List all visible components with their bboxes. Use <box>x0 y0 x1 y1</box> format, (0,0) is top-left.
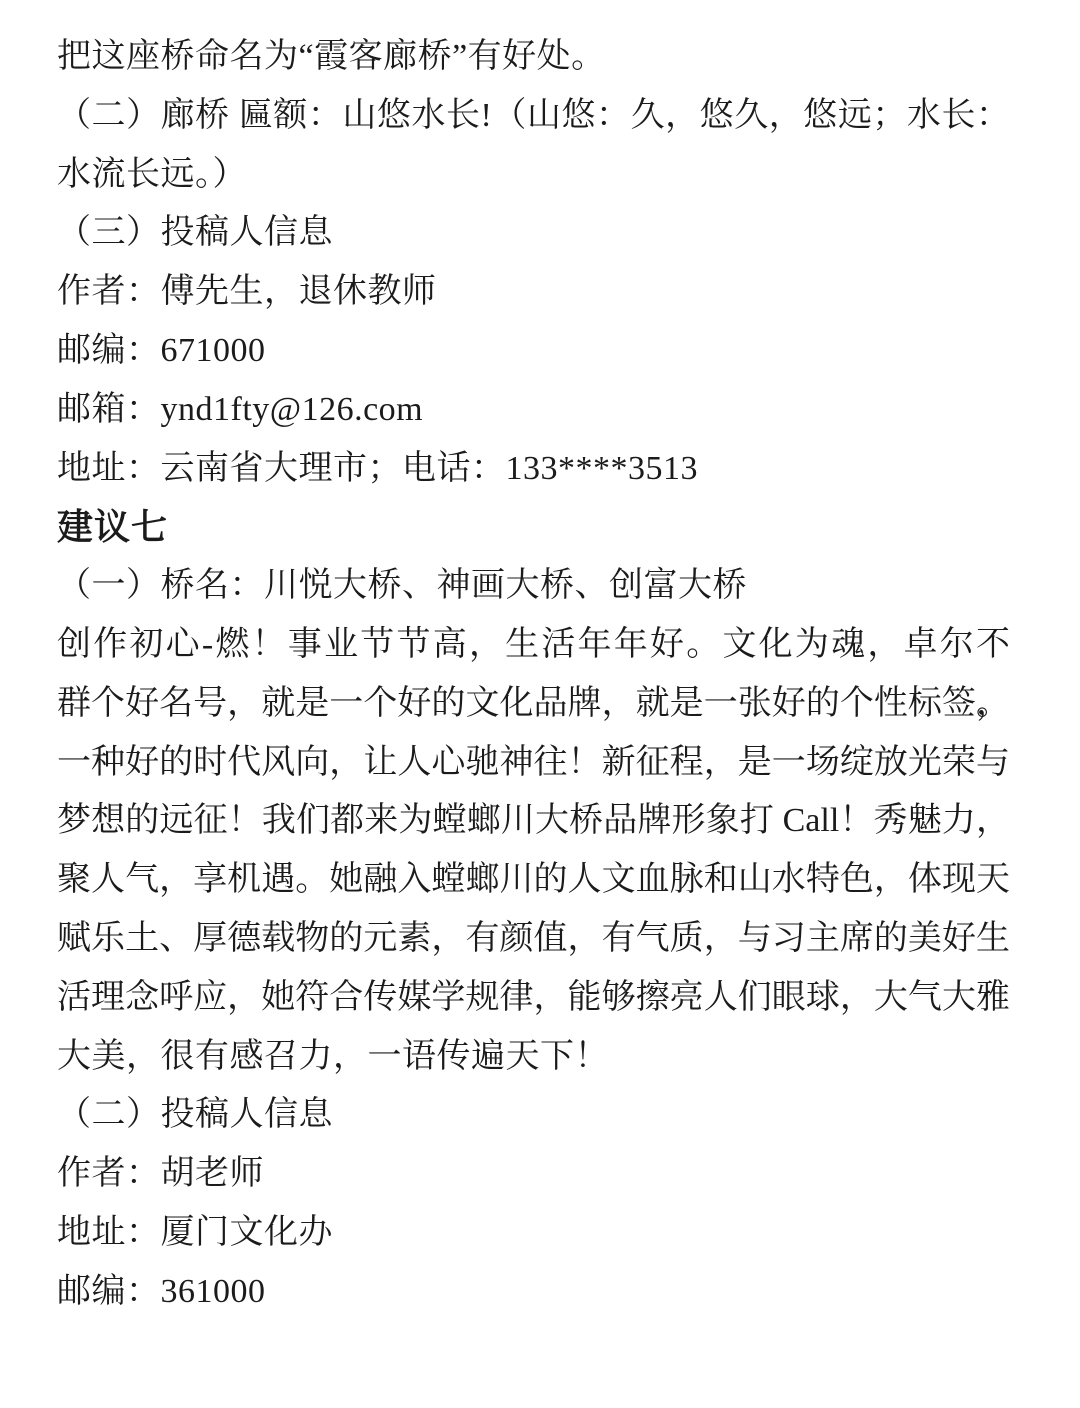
text-line: 聚人气，享机遇。她融入螳螂川的人文血脉和山水特色，体现天 <box>57 851 1010 910</box>
section-label: （三）投稿人信息 <box>57 204 1010 263</box>
text-line: 水流长远。） <box>57 146 1010 205</box>
section-heading: 建议七 <box>57 498 1010 557</box>
text-line: （二）廊桥 匾额：山悠水长!（山悠：久，悠久，悠远；水长： <box>57 87 1010 146</box>
text-line: 创作初心-燃！事业节节高，生活年年好。文化为魂，卓尔不群。 <box>57 616 1010 675</box>
text-line: 活理念呼应，她符合传媒学规律，能够擦亮人们眼球，大气大雅 <box>57 969 1010 1028</box>
text-line: 把这座桥命名为“霞客廊桥”有好处。 <box>57 28 1010 87</box>
section-label: （二）投稿人信息 <box>57 1086 1010 1145</box>
text-line: 梦想的远征！我们都来为螳螂川大桥品牌形象打 Call！秀魅力， <box>57 792 1010 851</box>
document-text-block: 把这座桥命名为“霞客廊桥”有好处。 （二）廊桥 匾额：山悠水长!（山悠：久，悠久… <box>57 28 1010 1322</box>
postal-code-line: 邮编：671000 <box>57 322 1010 381</box>
postal-code-line: 邮编：361000 <box>57 1263 1010 1322</box>
text-line: 赋乐土、厚德载物的元素，有颜值，有气质，与习主席的美好生 <box>57 910 1010 969</box>
text-line: 大美，很有感召力，一语传遍天下！ <box>57 1028 1010 1087</box>
text-line: 一种好的时代风向，让人心驰神往！新征程，是一场绽放光荣与 <box>57 734 1010 793</box>
email-line: 邮箱：ynd1fty@126.com <box>57 381 1010 440</box>
address-line: 地址：厦门文化办 <box>57 1204 1010 1263</box>
text-line: 一个好名号，就是一个好的文化品牌，就是一张好的个性标签， <box>57 675 1010 734</box>
author-line: 作者：胡老师 <box>57 1145 1010 1204</box>
author-line: 作者：傅先生，退休教师 <box>57 263 1010 322</box>
bridge-names-line: （一）桥名：川悦大桥、神画大桥、创富大桥 <box>57 557 1010 616</box>
address-phone-line: 地址：云南省大理市；电话：133****3513 <box>57 440 1010 499</box>
document-page: 把这座桥命名为“霞客廊桥”有好处。 （二）廊桥 匾额：山悠水长!（山悠：久，悠久… <box>0 0 1080 1408</box>
